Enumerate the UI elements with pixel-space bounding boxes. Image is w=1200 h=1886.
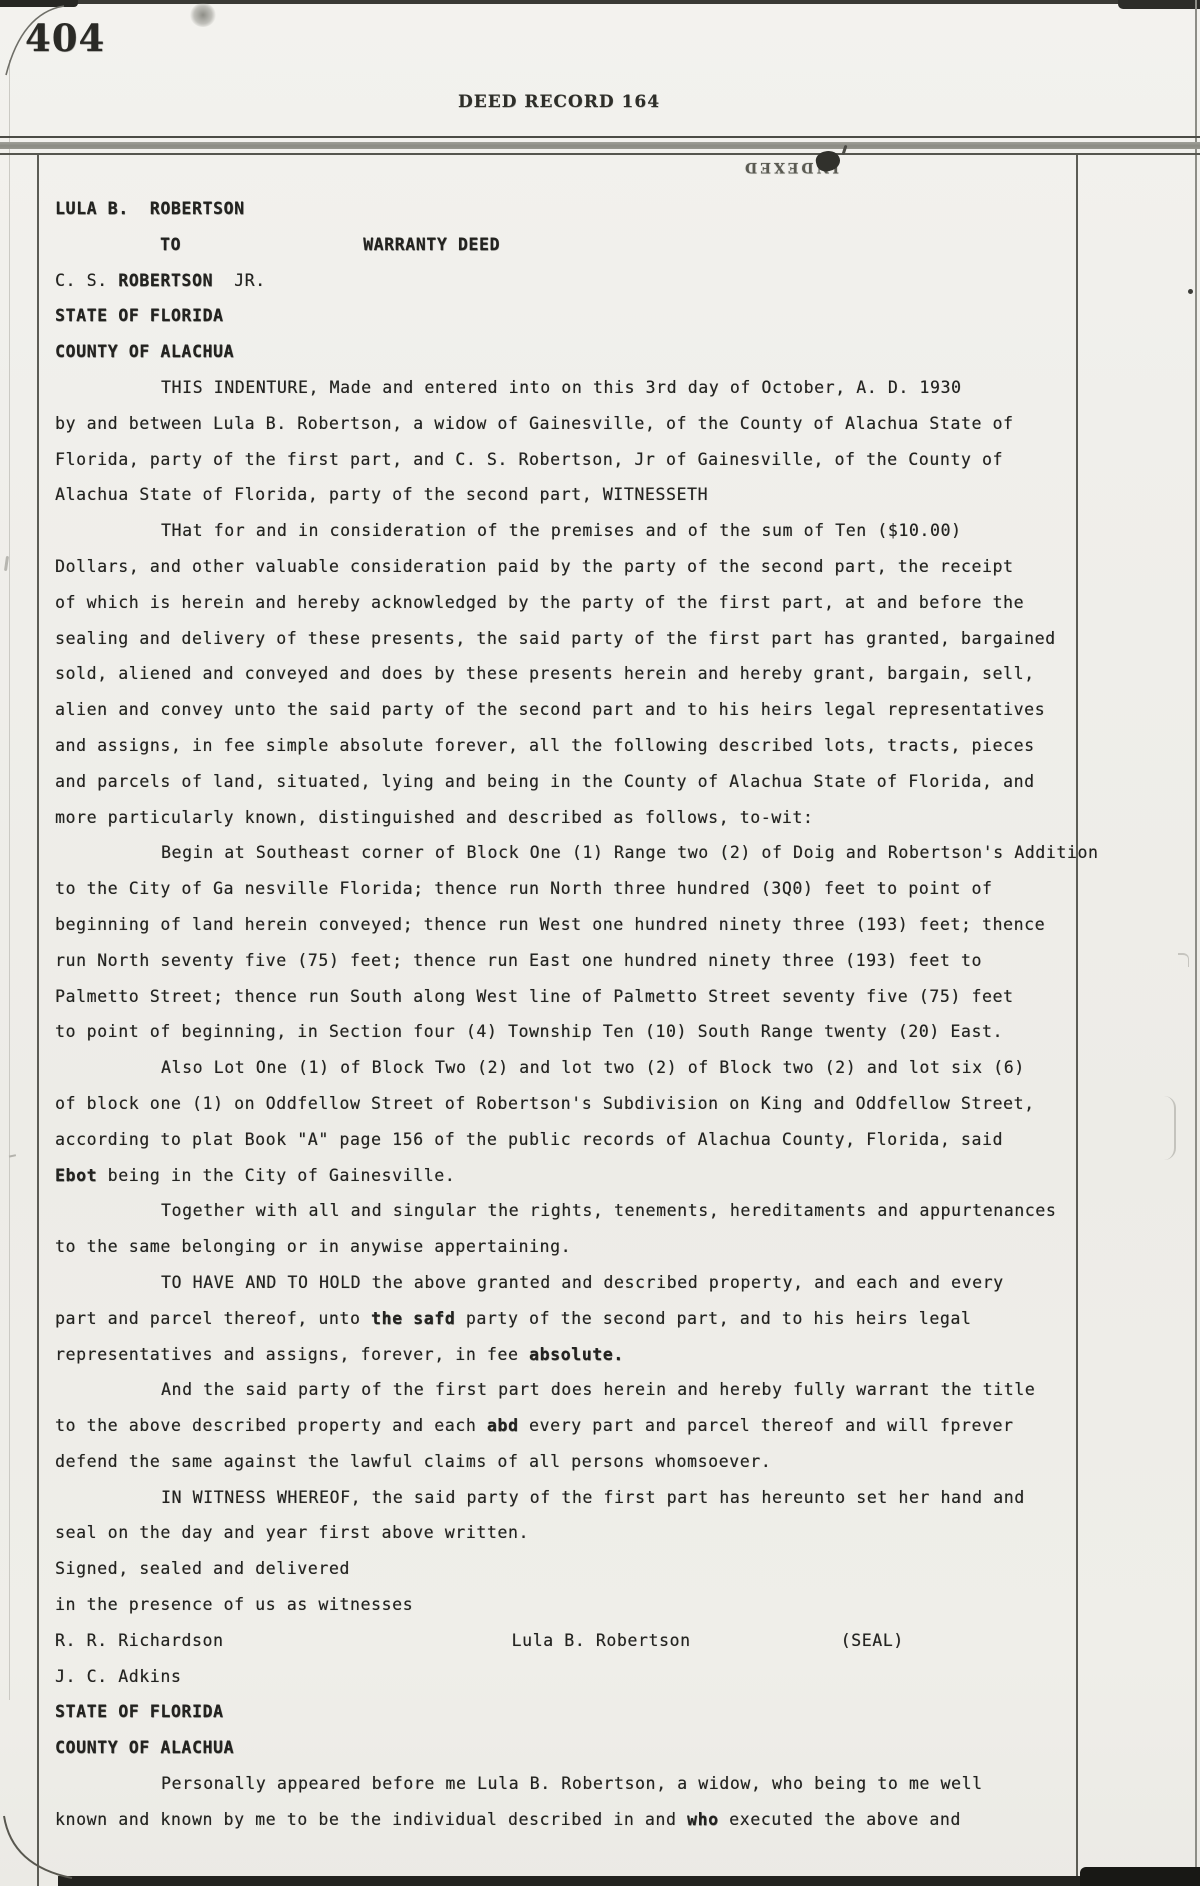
text-segment: THIS INDENTURE, Made and entered into on… [161,370,962,406]
text-segment: run North seventy five (75) feet; thence… [55,943,982,979]
text-segment: TO HAVE AND TO HOLD the above granted an… [161,1265,1004,1301]
document-line: THIS INDENTURE, Made and entered into on… [55,370,1200,406]
scan-bottom-right-blob [1080,1867,1200,1886]
text-segment: Dollars, and other valuable consideratio… [55,549,1014,585]
document-line: IN WITNESS WHEREOF, the said party of th… [55,1480,1200,1516]
document-line: by and between Lula B. Robertson, a wido… [55,406,1200,442]
document-line: sealing and delivery of these presents, … [55,621,1200,657]
document-line: seal on the day and year first above wri… [55,1515,1200,1551]
smudge-mark [190,3,216,27]
text-segment: Florida, party of the first part, and C.… [55,442,1003,478]
document-line: of block one (1) on Oddfellow Street of … [55,1086,1200,1122]
text-segment: R. R. Richardson [55,1623,224,1659]
text-segment: according to plat Book "A" page 156 of t… [55,1122,1003,1158]
document-line: STATE OF FLORIDA [55,298,1200,334]
text-segment: COUNTY OF ALACHUA [55,334,234,370]
text-segment: seal on the day and year first above wri… [55,1515,529,1551]
document-line: to the same belonging or in anywise appe… [55,1229,1200,1265]
left-margin-rule [37,155,39,1886]
header-rule-thin-top [0,136,1200,138]
header-rule-thick [0,142,1200,149]
document-line: Personally appeared before me Lula B. Ro… [55,1766,1200,1802]
text-segment: Together with all and singular the right… [161,1193,1056,1229]
document-line: and assigns, in fee simple absolute fore… [55,728,1200,764]
document-line: defend the same against the lawful claim… [55,1444,1200,1480]
document-line: TOWARRANTY DEED [55,227,1200,263]
text-segment: TO [160,227,181,263]
document-line: alien and convey unto the said party of … [55,692,1200,728]
ink-dot [1188,289,1193,294]
document-line: more particularly known, distinguished a… [55,800,1200,836]
document-line: COUNTY OF ALACHUA [55,334,1200,370]
text-segment: and parcels of land, situated, lying and… [55,764,1035,800]
document-line: Alachua State of Florida, party of the s… [55,477,1200,513]
document-line: representatives and assigns, forever, in… [55,1337,1200,1373]
document-line: and parcels of land, situated, lying and… [55,764,1200,800]
text-segment: defend the same against the lawful claim… [55,1444,771,1480]
document-line: Florida, party of the first part, and C.… [55,442,1200,478]
text-segment: representatives and assigns, forever, in… [55,1337,529,1373]
text-segment: IN WITNESS WHEREOF, the said party of th… [161,1480,1025,1516]
text-segment: sealing and delivery of these presents, … [55,621,1056,657]
text-segment: by and between Lula B. Robertson, a wido… [55,406,1014,442]
book-header-title: DEED RECORD 164 [458,92,660,112]
text-segment: every part and parcel thereof and will f… [519,1408,1014,1444]
document-line: known and known by me to be the individu… [55,1802,1200,1838]
document-line: Dollars, and other valuable consideratio… [55,549,1200,585]
scan-bottom-edge [58,1876,1200,1886]
scan-top-edge-right-blob [1118,0,1200,9]
document-line: STATE OF FLORIDA [55,1694,1200,1730]
text-segment: abd [487,1408,519,1444]
text-segment: Also Lot One (1) of Block Two (2) and lo… [161,1050,1025,1086]
text-segment: and assigns, in fee simple absolute fore… [55,728,1035,764]
document-line: part and parcel thereof, unto the safd p… [55,1301,1200,1337]
document-line: Palmetto Street; thence run South along … [55,979,1200,1015]
document-line: of which is herein and hereby acknowledg… [55,585,1200,621]
text-segment: JR. [213,263,266,299]
text-segment: party of the second part, and to his hei… [455,1301,971,1337]
text-segment: known and known by me to be the individu… [55,1802,687,1838]
document-line: Also Lot One (1) of Block Two (2) and lo… [55,1050,1200,1086]
document-line: Ebot being in the City of Gainesville. [55,1158,1200,1194]
text-segment: Alachua State of Florida, party of the s… [55,477,708,513]
document-line: to point of beginning, in Section four (… [55,1014,1200,1050]
text-segment: Palmetto Street; thence run South along … [55,979,1014,1015]
text-segment: sold, aliened and conveyed and does by t… [55,656,1035,692]
text-segment: to point of beginning, in Section four (… [55,1014,1003,1050]
text-segment: the safd [371,1301,455,1337]
text-segment: in the presence of us as witnesses [55,1587,413,1623]
text-segment: Personally appeared before me Lula B. Ro… [161,1766,983,1802]
text-segment: of block one (1) on Oddfellow Street of … [55,1086,1035,1122]
faint-mark-left-lower [7,1145,16,1157]
text-segment: Ebot [55,1158,97,1194]
document-line: Together with all and singular the right… [55,1193,1200,1229]
scan-top-edge [0,0,1200,4]
text-segment: more particularly known, distinguished a… [55,800,813,836]
text-segment: of which is herein and hereby acknowledg… [55,585,1024,621]
text-segment: STATE OF FLORIDA [55,1694,224,1730]
text-segment: Begin at Southeast corner of Block One (… [161,835,1099,871]
faint-bracket-mark [1158,1096,1176,1160]
text-segment: WARRANTY DEED [363,227,500,263]
document-line: And the said party of the first part doe… [55,1372,1200,1408]
text-segment: J. C. Adkins [55,1659,181,1695]
text-segment: being in the City of Gainesville. [97,1158,455,1194]
text-segment: C. S. [55,263,118,299]
text-segment: part and parcel thereof, unto [55,1301,371,1337]
text-segment: And the said party of the first part doe… [161,1372,1035,1408]
document-line: J. C. Adkins [55,1659,1200,1695]
document-line: beginning of land herein conveyed; thenc… [55,907,1200,943]
text-segment: (SEAL) [841,1623,904,1659]
scan-top-edge-left-blob [0,0,78,7]
document-line: LULA B. ROBERTSON [55,191,1200,227]
deed-record-page: 404 DEED RECORD 164 INDEXED LULA B. ROBE… [0,0,1200,1886]
page-number: 404 [25,16,105,60]
document-line: to the above described property and each… [55,1408,1200,1444]
text-segment: THat for and in consideration of the pre… [161,513,962,549]
document-line: run North seventy five (75) feet; thence… [55,943,1200,979]
text-segment: executed the above and [719,1802,961,1838]
text-segment: ROBERTSON [118,263,213,299]
page-left-edge [9,60,10,1700]
text-segment: Signed, sealed and delivered [55,1551,350,1587]
faint-mark-right [1178,953,1189,967]
text-segment: beginning of land herein conveyed; thenc… [55,907,1045,943]
document-line: TO HAVE AND TO HOLD the above granted an… [55,1265,1200,1301]
text-segment: to the City of Ga nesville Florida; then… [55,871,993,907]
document-line: according to plat Book "A" page 156 of t… [55,1122,1200,1158]
document-line: Signed, sealed and delivered [55,1551,1200,1587]
document-line: COUNTY OF ALACHUA [55,1730,1200,1766]
document-line: sold, aliened and conveyed and does by t… [55,656,1200,692]
document-line: in the presence of us as witnesses [55,1587,1200,1623]
document-line: R. R. RichardsonLula B. Robertson(SEAL) [55,1623,1200,1659]
text-segment: absolute. [529,1337,624,1373]
document-line: THat for and in consideration of the pre… [55,513,1200,549]
document-line: C. S. ROBERTSON JR. [55,263,1200,299]
text-segment: to the same belonging or in anywise appe… [55,1229,571,1265]
text-segment: alien and convey unto the said party of … [55,692,1045,728]
text-segment: LULA B. ROBERTSON [55,191,245,227]
text-segment: who [687,1802,719,1838]
document-line: to the City of Ga nesville Florida; then… [55,871,1200,907]
text-segment: to the above described property and each [55,1408,487,1444]
text-segment: Lula B. Robertson [512,1623,691,1659]
header-rule-thin-bottom [0,153,1200,155]
text-segment: STATE OF FLORIDA [55,298,224,334]
deed-text-body: LULA B. ROBERTSONTOWARRANTY DEEDC. S. RO… [55,191,1200,1838]
text-segment: COUNTY OF ALACHUA [55,1730,234,1766]
document-line: Begin at Southeast corner of Block One (… [55,835,1200,871]
